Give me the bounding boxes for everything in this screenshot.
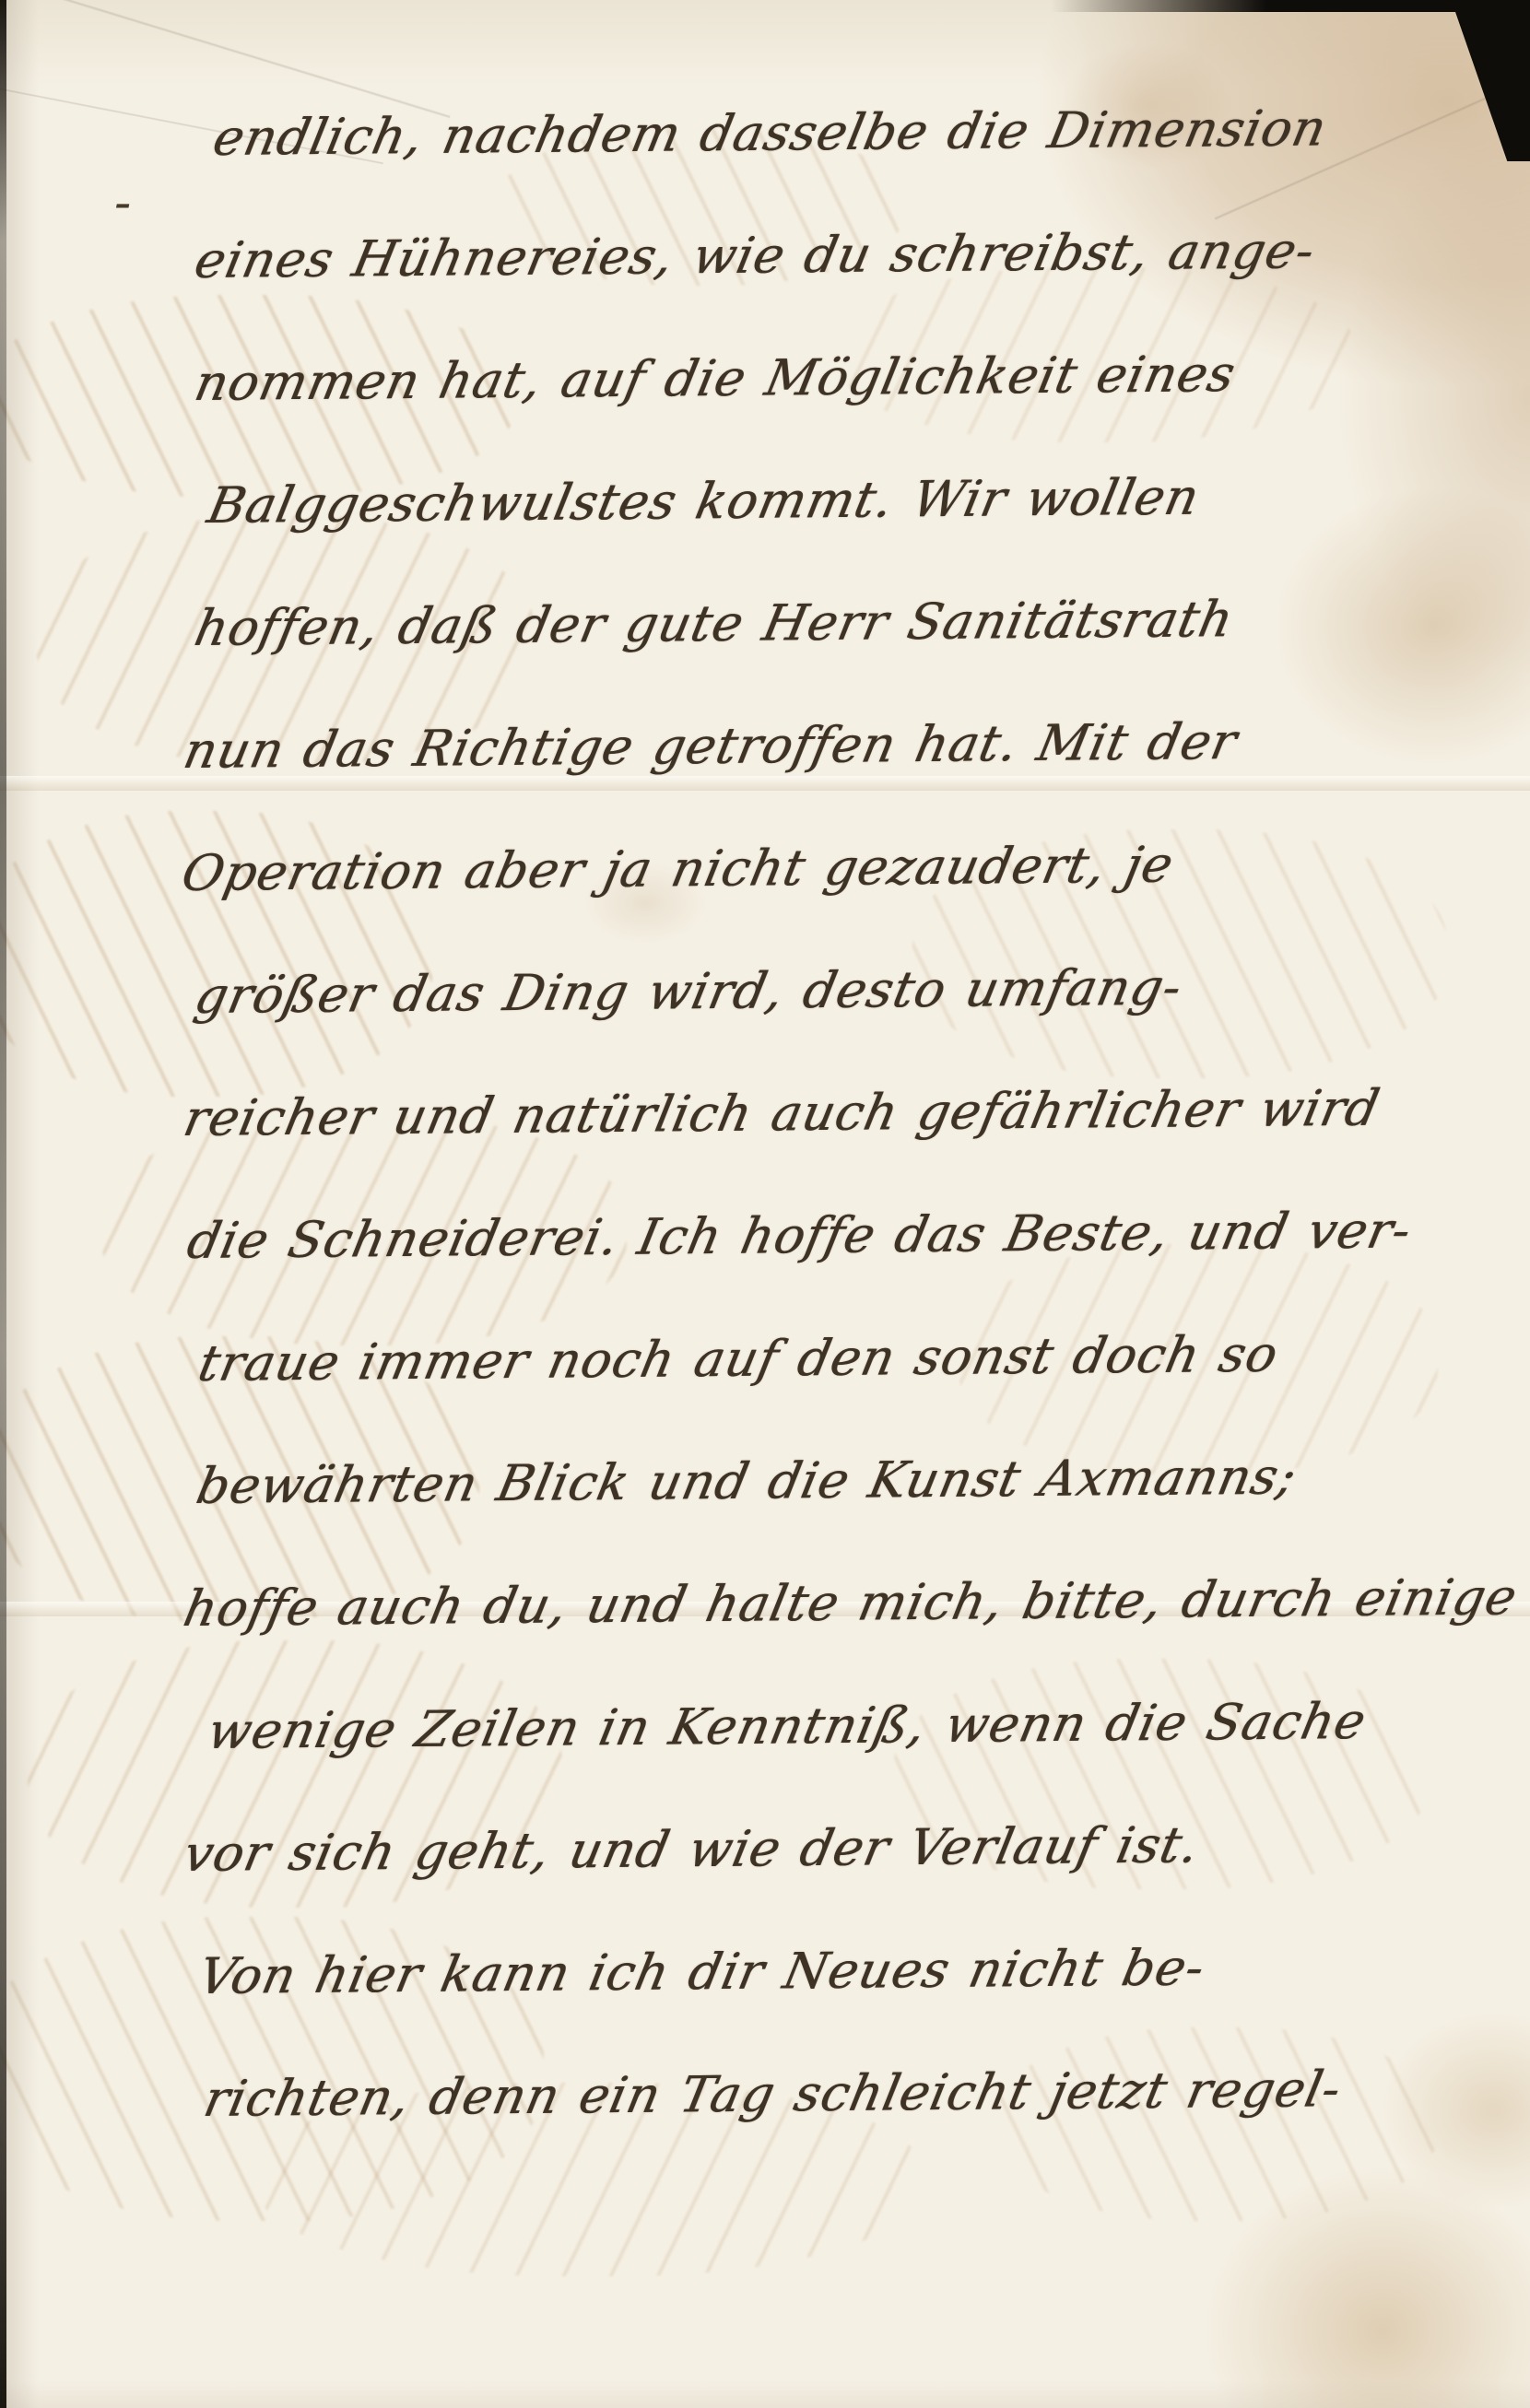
margin-dash: - — [114, 173, 131, 231]
handwritten-line: endlich, nachdem dasselbe die Dimension — [208, 99, 1332, 167]
handwritten-line: die Schneiderei. Ich hoffe das Beste, un… — [182, 1201, 1417, 1270]
handwritten-line: hoffen, daß der gute Herr Sanitätsrath — [190, 590, 1239, 657]
handwritten-line: vor sich geht, und wie der Verlauf ist. — [179, 1815, 1205, 1883]
handwritten-line: eines Hühnereies, wie du schreibst, ange… — [190, 221, 1320, 289]
handwritten-line: traue immer noch auf den sonst doch so — [194, 1325, 1283, 1392]
handwritten-line: richten, denn ein Tag schleicht jetzt re… — [199, 2060, 1347, 2128]
handwritten-line: hoffe auch du, und halte mich, bitte, du… — [179, 1568, 1523, 1638]
ink-bleedthrough — [995, 2027, 1438, 2221]
handwritten-line: bewährten Blick und die Kunst Axmanns; — [192, 1448, 1301, 1515]
letter-page-scan: - endlich, nachdem dasselbe die Dimensio… — [0, 0, 1530, 2408]
handwritten-line: nun das Richtige getroffen hat. Mit der — [179, 712, 1242, 780]
handwritten-line: reicher und natürlich auch gefährlicher … — [179, 1079, 1384, 1147]
handwritten-line: Balggeschwulstes kommt. Wir wollen — [203, 468, 1205, 534]
handwritten-line: Von hier kann ich dir Neues nicht be- — [194, 1939, 1210, 2005]
scan-edge-left — [0, 0, 6, 2408]
handwritten-line: Operation aber ja nicht gezaudert, je — [177, 836, 1179, 902]
handwritten-line: größer das Ding wird, desto umfang- — [190, 958, 1187, 1025]
handwritten-line: nommen hat, auf die Möglichkeit eines — [190, 345, 1241, 412]
scan-corner-top-right — [1442, 0, 1530, 161]
handwritten-line: wenige Zeilen in Kenntniß, wenn die Sach… — [203, 1692, 1371, 1760]
